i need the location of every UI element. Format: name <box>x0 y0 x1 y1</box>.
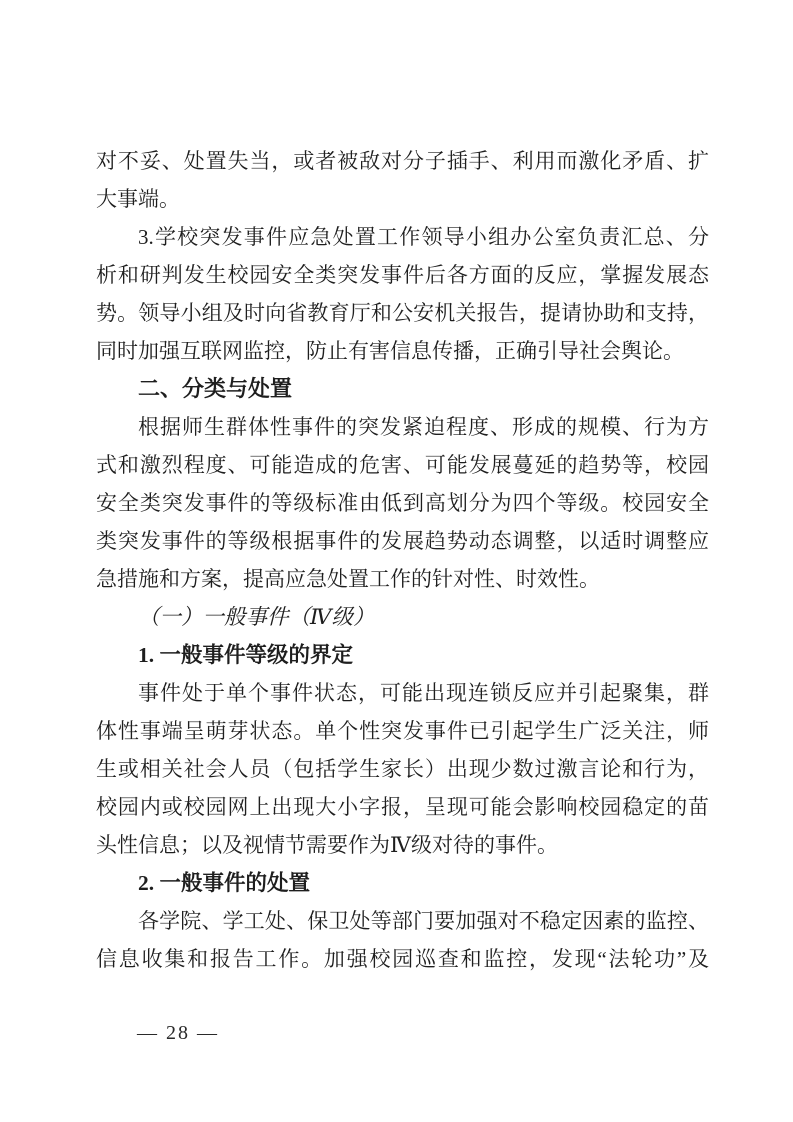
document-text-block: 对不妥、处置失当，或者被敌对分子插手、利用而激化矛盾、扩 大事端。 3.学校突发… <box>96 142 709 978</box>
page-number: — 28 — <box>137 1014 219 1052</box>
numbered-heading: 1. 一般事件等级的界定 <box>96 636 709 674</box>
body-line: 析和研判发生校园安全类突发事件后各方面的反应，掌握发展态 <box>96 256 709 294</box>
body-line: 式和激烈程度、可能造成的危害、可能发展蔓延的趋势等，校园 <box>96 446 709 484</box>
body-line: 安全类突发事件的等级标准由低到高划分为四个等级。校园安全 <box>96 484 709 522</box>
body-line: 根据师生群体性事件的突发紧迫程度、形成的规模、行为方 <box>96 408 709 446</box>
body-line: 急措施和方案，提高应急处置工作的针对性、时效性。 <box>96 560 709 598</box>
body-line: 势。领导小组及时向省教育厅和公安机关报告，提请协助和支持， <box>96 294 709 332</box>
body-line: 体性事端呈萌芽状态。单个性突发事件已引起学生广泛关注，师 <box>96 712 709 750</box>
body-line: 大事端。 <box>96 180 709 218</box>
numbered-heading: 2. 一般事件的处置 <box>96 864 709 902</box>
body-line: 对不妥、处置失当，或者被敌对分子插手、利用而激化矛盾、扩 <box>96 142 709 180</box>
body-line: 3.学校突发事件应急处置工作领导小组办公室负责汇总、分 <box>96 218 709 256</box>
document-page: 对不妥、处置失当，或者被敌对分子插手、利用而激化矛盾、扩 大事端。 3.学校突发… <box>0 0 793 1122</box>
body-line: 类突发事件的等级根据事件的发展趋势动态调整，以适时调整应 <box>96 522 709 560</box>
body-line: 同时加强互联网监控，防止有害信息传播，正确引导社会舆论。 <box>96 332 709 370</box>
section-heading: 二、分类与处置 <box>96 370 709 408</box>
body-line: 头性信息；以及视情节需要作为Ⅳ级对待的事件。 <box>96 826 709 864</box>
body-line: 校园内或校园网上出现大小字报，呈现可能会影响校园稳定的苗 <box>96 788 709 826</box>
body-line: 各学院、学工处、保卫处等部门要加强对不稳定因素的监控、 <box>96 902 709 940</box>
body-line: 生或相关社会人员（包括学生家长）出现少数过激言论和行为， <box>96 750 709 788</box>
body-line: 事件处于单个事件状态，可能出现连锁反应并引起聚集，群 <box>96 674 709 712</box>
subsection-heading: （一）一般事件（Ⅳ级） <box>96 598 709 636</box>
body-line: 信息收集和报告工作。加强校园巡查和监控，发现“法轮功”及 <box>96 940 709 978</box>
